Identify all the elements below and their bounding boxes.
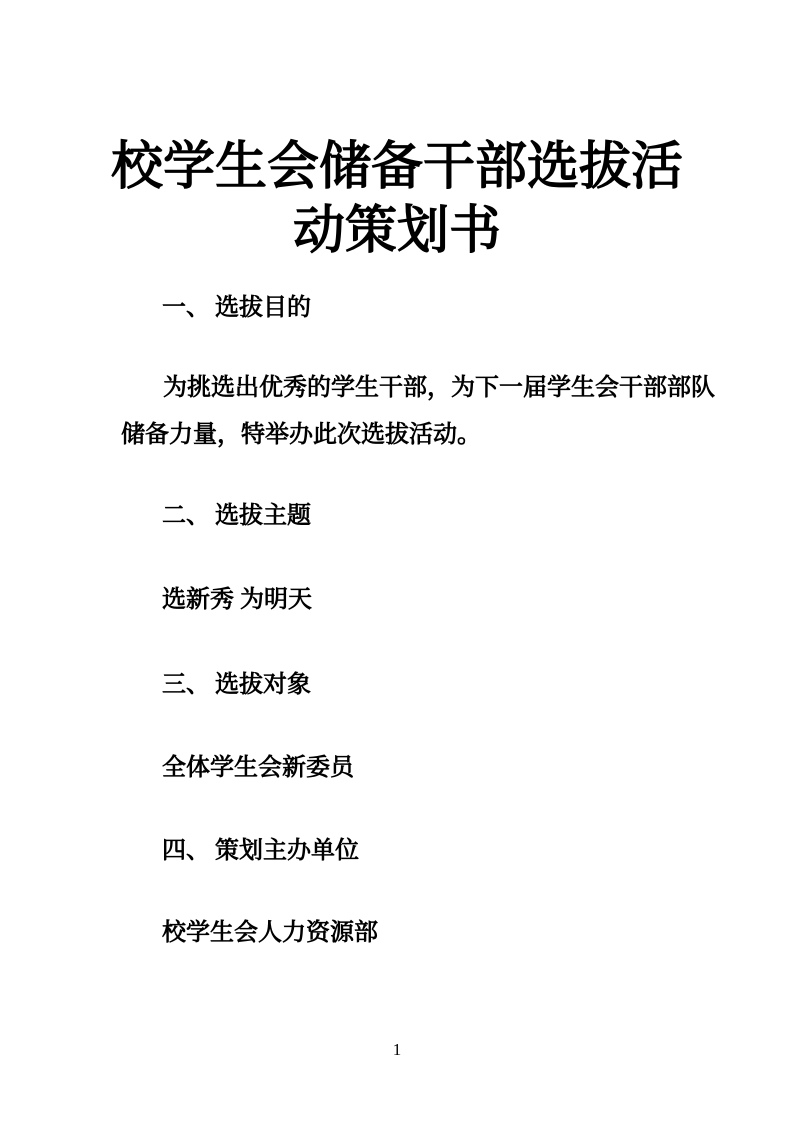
document-title-line-2: 动策划书 xyxy=(0,200,794,264)
section-heading-3: 三、选拔对象 xyxy=(162,671,311,699)
purpose-paragraph-line-1: 为挑选出优秀的学生干部，为下一届学生会干部部队 xyxy=(163,374,715,402)
section-heading-4: 四、策划主办单位 xyxy=(162,837,359,865)
document-title-line-1: 校学生会储备干部选拔活 xyxy=(0,136,794,200)
section-4-number: 四、 xyxy=(162,837,210,865)
section-heading-1: 一、选拔目的 xyxy=(162,294,311,322)
purpose-paragraph-line-2: 储备力量，特举办此次选拔活动。 xyxy=(121,421,481,449)
theme-text: 选新秀 为明天 xyxy=(162,586,312,614)
document-title: 校学生会储备干部选拔活 动策划书 xyxy=(0,136,794,264)
section-1-label: 选拔目的 xyxy=(215,294,311,322)
section-4-label: 策划主办单位 xyxy=(215,837,359,865)
section-2-label: 选拔主题 xyxy=(215,502,311,530)
section-3-number: 三、 xyxy=(162,671,210,699)
section-heading-2: 二、选拔主题 xyxy=(162,502,311,530)
section-2-number: 二、 xyxy=(162,502,210,530)
section-3-label: 选拔对象 xyxy=(215,671,311,699)
organizer-text: 校学生会人力资源部 xyxy=(162,919,378,947)
section-1-number: 一、 xyxy=(162,294,210,322)
target-text: 全体学生会新委员 xyxy=(162,754,354,782)
page-number: 1 xyxy=(0,1040,794,1060)
document-page: 校学生会储备干部选拔活 动策划书 一、选拔目的 为挑选出优秀的学生干部，为下一届… xyxy=(0,0,794,1123)
